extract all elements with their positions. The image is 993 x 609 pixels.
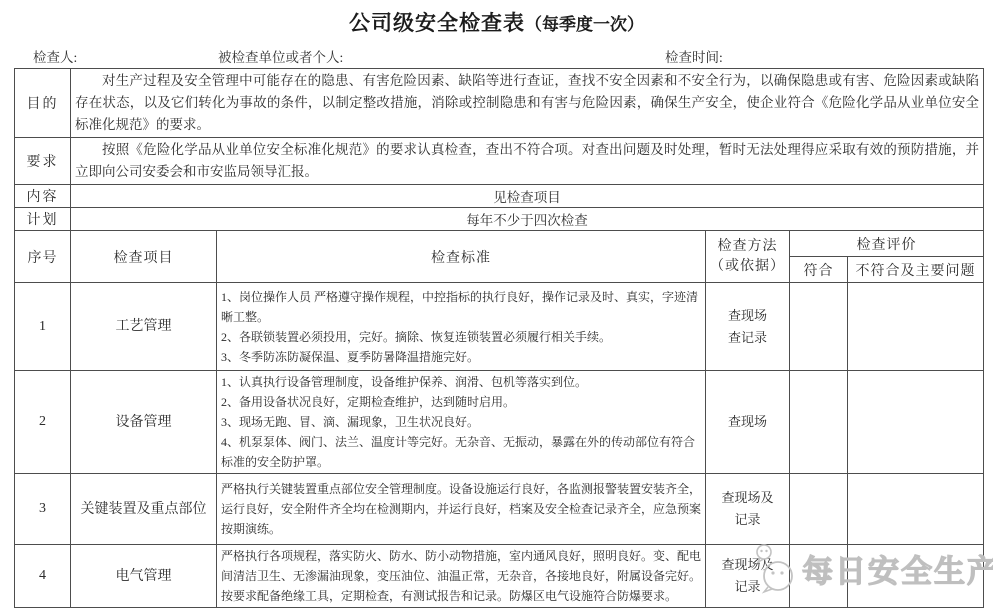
purpose-text: 对生产过程及安全管理中可能存在的隐患、有害危险因素、缺陷等进行查证，查找不安全因… [71,69,984,138]
row-no: 1 [15,283,71,371]
row-item: 电气管理 [71,545,217,608]
nonconform-cell [848,371,984,474]
content-text: 见检查项目 [71,185,984,208]
content-label: 内容 [15,185,71,208]
purpose-label: 目的 [15,69,71,138]
row-item: 工艺管理 [71,283,217,371]
row-method: 查现场及记录 [706,545,790,608]
requirement-text: 按照《危险化学品从业单位安全标准化规范》的要求认真检查，查出不符合项。对查出问题… [71,138,984,185]
nonconform-cell [848,474,984,545]
inspected-unit-label: 被检查单位或者个人: [218,46,343,66]
conform-cell [790,371,848,474]
conform-cell [790,283,848,371]
table-header-row-1: 序号 检查项目 检查标准 检查方法（或依据） 检查评价 [15,231,984,257]
inspector-label: 检查人: [33,46,77,66]
inspection-table: 目的 对生产过程及安全管理中可能存在的隐患、有害危险因素、缺陷等进行查证，查找不… [14,68,984,608]
conform-cell [790,474,848,545]
header-method: 检查方法（或依据） [706,231,790,283]
table-row-2: 2 设备管理 1、认真执行设备管理制度，设备维护保养、润滑、包机等落实到位。2、… [15,371,984,474]
row-method: 查现场及记录 [706,474,790,545]
nonconform-cell [848,283,984,371]
page-title: 公司级安全检查表（每季度一次） [0,7,993,37]
row-no: 2 [15,371,71,474]
header-conform: 符合 [790,257,848,283]
header-standard: 检查标准 [217,231,706,283]
table-row-1: 1 工艺管理 1、岗位操作人员 严格遵守操作规程，中控指标的执行良好，操作记录及… [15,283,984,371]
table-row-purpose: 目的 对生产过程及安全管理中可能存在的隐患、有害危险因素、缺陷等进行查证，查找不… [15,69,984,138]
document-page: 公司级安全检查表（每季度一次） 检查人: 被检查单位或者个人: 检查时间: 目的… [0,0,993,609]
row-standard: 严格执行各项规程，落实防火、防水、防小动物措施，室内通风良好，照明良好。变、配电… [217,545,706,608]
header-item: 检查项目 [71,231,217,283]
row-item: 关键装置及重点部位 [71,474,217,545]
inspection-time-label: 检查时间: [665,46,723,66]
title-main: 公司级安全检查表 [349,12,525,35]
row-no: 3 [15,474,71,545]
header-nonconform: 不符合及主要问题 [848,257,984,283]
row-standard: 严格执行关键装置重点部位安全管理制度。设备设施运行良好，各监测报警装置安装齐全，… [217,474,706,545]
requirement-label: 要求 [15,138,71,185]
header-no: 序号 [15,231,71,283]
row-standard: 1、岗位操作人员 严格遵守操作规程，中控指标的执行良好，操作记录及时、真实，字迹… [217,283,706,371]
row-item: 设备管理 [71,371,217,474]
row-method: 查现场查记录 [706,283,790,371]
plan-text: 每年不少于四次检查 [71,208,984,231]
plan-label: 计划 [15,208,71,231]
row-no: 4 [15,545,71,608]
row-standard: 1、认真执行设备管理制度，设备维护保养、润滑、包机等落实到位。2、备用设备状况良… [217,371,706,474]
header-evaluation: 检查评价 [790,231,984,257]
title-subtitle: （每季度一次） [525,15,644,34]
table-row-plan: 计划 每年不少于四次检查 [15,208,984,231]
table-row-4: 4 电气管理 严格执行各项规程，落实防火、防水、防小动物措施，室内通风良好，照明… [15,545,984,608]
table-row-requirement: 要求 按照《危险化学品从业单位安全标准化规范》的要求认真检查，查出不符合项。对查… [15,138,984,185]
info-bar: 检查人: 被检查单位或者个人: 检查时间: [0,44,993,66]
nonconform-cell [848,545,984,608]
table-row-3: 3 关键装置及重点部位 严格执行关键装置重点部位安全管理制度。设备设施运行良好，… [15,474,984,545]
row-method: 查现场 [706,371,790,474]
table-row-content: 内容 见检查项目 [15,185,984,208]
conform-cell [790,545,848,608]
